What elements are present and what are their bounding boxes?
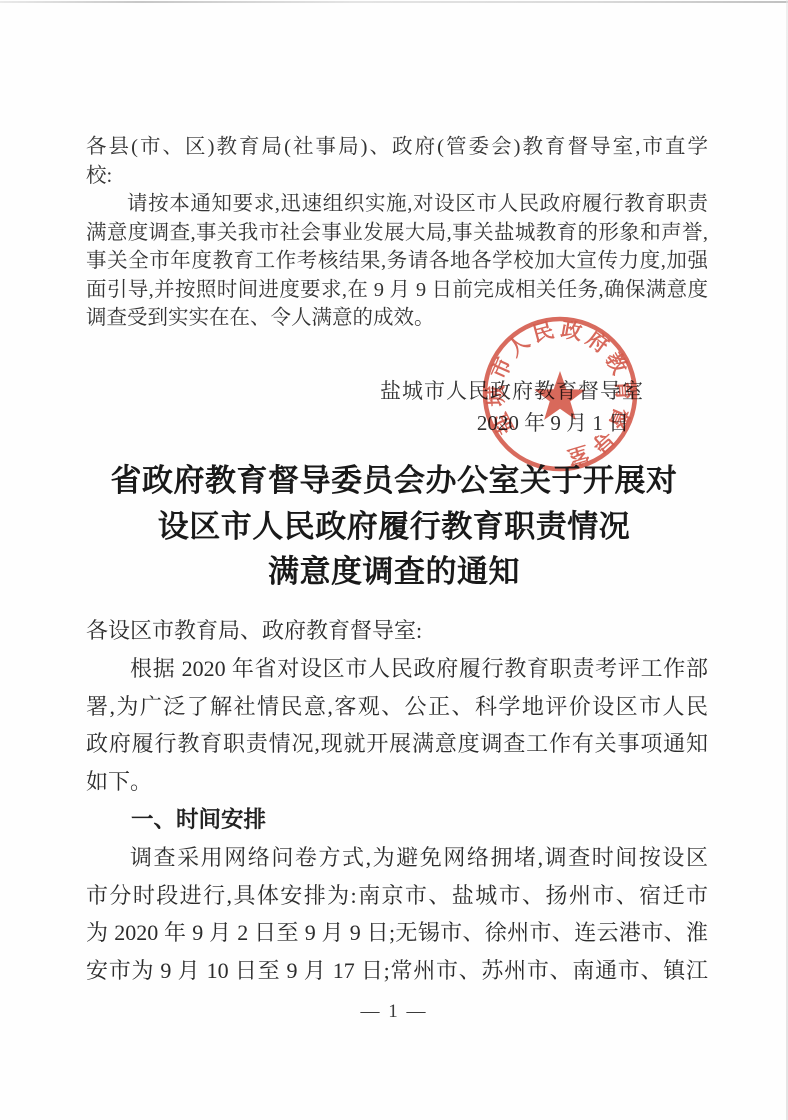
page-number: — 1 — <box>0 1001 788 1023</box>
section-heading-time-arrangement: 一、时间安排 <box>86 801 708 839</box>
notice-paragraph-line: 政府履行教育职责情况,现就开展满意度调查工作有关事项通知 <box>86 725 708 763</box>
transmittal-addressee-line: 各县(市、区)教育局(社事局)、政府(管委会)教育督导室,市直学 <box>86 133 708 162</box>
transmittal-block: 各县(市、区)教育局(社事局)、政府(管委会)教育督导室,市直学 校: 请按本通… <box>86 133 708 333</box>
notice-paragraph-line: 市分时段进行,具体安排为:南京市、盐城市、扬州市、宿迁市 <box>86 877 708 915</box>
notice-paragraph-line: 署,为广泛了解社情民意,客观、公正、科学地评价设区市人民 <box>86 688 708 726</box>
notice-title-line: 满意度调查的通知 <box>0 549 788 595</box>
scanned-notice-page: 各县(市、区)教育局(社事局)、政府(管委会)教育督导室,市直学 校: 请按本通… <box>0 0 788 1120</box>
notice-paragraph-line: 安市为 9 月 10 日至 9 月 17 日;常州市、苏州市、南通市、镇江 <box>86 952 708 990</box>
notice-title-line: 省政府教育督导委员会办公室关于开展对 <box>0 458 788 504</box>
notice-paragraph-line: 调查采用网络问卷方式,为避免网络拥堵,调查时间按设区 <box>86 839 708 877</box>
transmittal-addressee-line: 校: <box>86 162 708 191</box>
transmittal-paragraph-line: 面引导,并按照时间进度要求,在 9 月 9 日前完成相关任务,确保满意度 <box>86 276 708 305</box>
transmittal-paragraph-line: 请按本通知要求,迅速组织实施,对设区市人民政府履行教育职责的 <box>86 190 708 219</box>
notice-addressee: 各设区市教育局、政府教育督导室: <box>86 612 708 650</box>
notice-paragraph-line: 如下。 <box>86 763 708 801</box>
transmittal-paragraph-line: 事关全市年度教育工作考核结果,务请各地各学校加大宣传力度,加强正 <box>86 247 708 276</box>
official-seal-stamp: 盐城市人民政府教育督导室 <box>478 312 642 476</box>
notice-title: 省政府教育督导委员会办公室关于开展对 设区市人民政府履行教育职责情况 满意度调查… <box>0 458 788 595</box>
notice-paragraph-line: 根据 2020 年省对设区市人民政府履行教育职责考评工作部 <box>86 650 708 688</box>
scan-artifact-top-edge <box>0 1 788 3</box>
star-icon <box>534 371 585 420</box>
transmittal-paragraph-line: 满意度调查,事关我市社会事业发展大局,事关盐城教育的形象和声誉, <box>86 219 708 248</box>
notice-body: 各设区市教育局、政府教育督导室: 根据 2020 年省对设区市人民政府履行教育职… <box>86 612 708 990</box>
notice-title-line: 设区市人民政府履行教育职责情况 <box>0 504 788 550</box>
notice-paragraph-line: 为 2020 年 9 月 2 日至 9 月 9 日;无锡市、徐州市、连云港市、淮 <box>86 914 708 952</box>
